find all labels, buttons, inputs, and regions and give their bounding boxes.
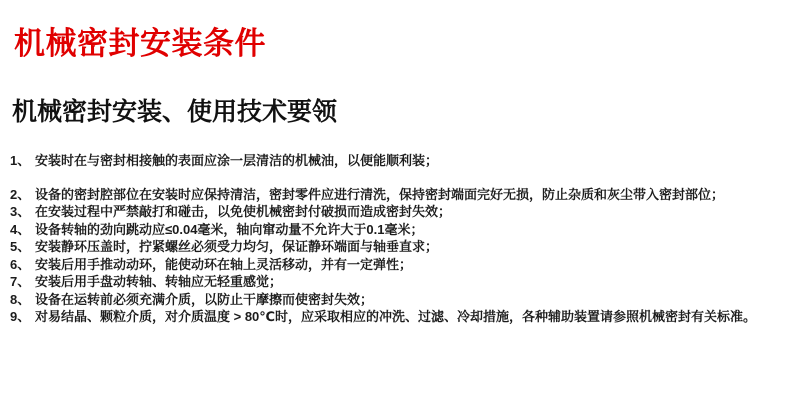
- item-text: 在安装过程中严禁敲打和碰击，以免使机械密封付破损而造成密封失效；: [35, 203, 451, 221]
- item-text: 设备转轴的劲向跳动应≤0.04毫米，轴向窜动量不允许大于0.1毫米；: [35, 221, 424, 239]
- list-item-4: 4、 设备转轴的劲向跳动应≤0.04毫米，轴向窜动量不允许大于0.1毫米；: [10, 221, 800, 239]
- page-title: 机械密封安装条件: [14, 26, 266, 62]
- instruction-list: 1、 安装时在与密封相接触的表面应涂一层清洁的机械油，以便能顺利装； 2、 设备…: [10, 152, 800, 326]
- list-item-8: 8、 设备在运转前必须充满介质，以防止干摩擦而使密封失效；: [10, 291, 800, 309]
- list-item-7: 7、 安装后用手盘动转轴、转轴应无轻重感觉；: [10, 273, 800, 291]
- section-heading: 机械密封安装、使用技术要领: [12, 99, 337, 126]
- item-number: 6、: [10, 256, 35, 274]
- document-page: 机械密封安装条件 机械密封安装、使用技术要领 1、 安装时在与密封相接触的表面应…: [0, 0, 800, 397]
- item-text: 安装时在与密封相接触的表面应涂一层清洁的机械油，以便能顺利装；: [35, 152, 438, 170]
- item-number: 5、: [10, 238, 35, 256]
- item-number: 4、: [10, 221, 35, 239]
- item-text: 安装后用手推动动环，能使动环在轴上灵活移动，并有一定弹性；: [35, 256, 412, 274]
- list-item-2: 2、 设备的密封腔部位在安装时应保持清洁，密封零件应进行清洗，保持密封端面完好无…: [10, 186, 800, 204]
- list-item-5: 5、 安装静环压盖时，拧紧螺丝必须受力均匀，保证静环端面与轴垂直求；: [10, 238, 800, 256]
- list-item-3: 3、 在安装过程中严禁敲打和碰击，以免使机械密封付破损而造成密封失效；: [10, 203, 800, 221]
- item-text: 安装静环压盖时，拧紧螺丝必须受力均匀，保证静环端面与轴垂直求；: [35, 238, 438, 256]
- item-text: 设备的密封腔部位在安装时应保持清洁，密封零件应进行清洗，保持密封端面完好无损，防…: [35, 186, 724, 204]
- item-number: 9、: [10, 308, 35, 326]
- item-number: 1、: [10, 152, 35, 170]
- list-item-1: 1、 安装时在与密封相接触的表面应涂一层清洁的机械油，以便能顺利装；: [10, 152, 800, 170]
- item-number: 8、: [10, 291, 35, 309]
- list-item-6: 6、 安装后用手推动动环，能使动环在轴上灵活移动，并有一定弹性；: [10, 256, 800, 274]
- item-number: 3、: [10, 203, 35, 221]
- item-text: 安装后用手盘动转轴、转轴应无轻重感觉；: [35, 273, 282, 291]
- item-number: 2、: [10, 186, 35, 204]
- list-item-9: 9、 对易结晶、颗粒介质，对介质温度 > 80℃时，应采取相应的冲洗、过滤、冷却…: [10, 308, 800, 326]
- item-number: 7、: [10, 273, 35, 291]
- item-text: 对易结晶、颗粒介质，对介质温度 > 80℃时，应采取相应的冲洗、过滤、冷却措施，…: [35, 308, 756, 326]
- item-text: 设备在运转前必须充满介质，以防止干摩擦而使密封失效；: [35, 291, 373, 309]
